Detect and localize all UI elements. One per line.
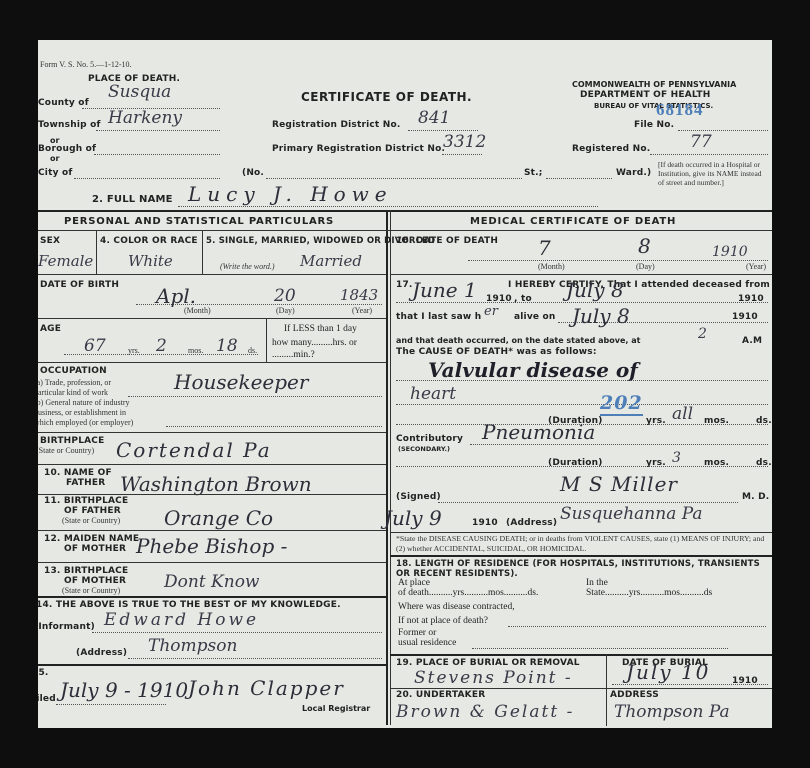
- mother-birthplace-label: 13. BIRTHPLACE: [44, 566, 128, 576]
- occupation-hint: business, or establishment in: [38, 408, 126, 417]
- in-the-label: In the: [586, 578, 608, 588]
- last-saw-label: that I last saw h: [396, 312, 481, 322]
- father-name-label: 10. NAME OF: [44, 468, 112, 478]
- informant-address-label: (Address): [76, 648, 127, 658]
- mother-birthplace-label: OF MOTHER: [64, 576, 126, 586]
- occurred-label: and that death occurred, on the date sta…: [396, 336, 640, 345]
- mother-name-label: OF MOTHER: [64, 544, 126, 554]
- occupation-hint: particular kind of work: [38, 388, 108, 397]
- personal-section-title: PERSONAL AND STATISTICAL PARTICULARS: [64, 216, 334, 227]
- year-caption: (Year): [746, 262, 766, 271]
- undertaker-label: 20. UNDERTAKER: [396, 690, 485, 700]
- attend-from-year: 1910: [486, 294, 512, 304]
- mother-name-label: 12. MAIDEN NAME: [44, 534, 139, 544]
- mother-birthplace-value: Dont Know: [164, 572, 259, 592]
- yrs-caption: yrs.: [128, 346, 140, 355]
- where-contracted-label: Where was disease contracted,: [398, 602, 515, 612]
- occupation-value: Housekeeper: [174, 370, 308, 394]
- occupation-hint: (b) General nature of industry: [38, 398, 130, 407]
- filed-label: Filed: [38, 694, 56, 704]
- footnote: *State the DISEASE CAUSING DEATH; or in …: [396, 534, 770, 554]
- residence-title: 18. LENGTH OF RESIDENCE (FOR HOSPITALS, …: [396, 559, 768, 579]
- occurred-time: 2: [698, 326, 707, 342]
- dod-label: 16. DATE OF DEATH: [396, 236, 498, 246]
- birthplace-label: BIRTHPLACE: [40, 436, 104, 446]
- mos-caption: mos.: [188, 346, 203, 355]
- certify-number: 17.: [396, 280, 413, 290]
- filed-date: July 9 - 1910: [60, 678, 188, 702]
- at-place-label: At place: [398, 578, 430, 588]
- month-caption: (Month): [184, 306, 211, 315]
- full-name-value: Lucy J. Howe: [188, 182, 393, 206]
- signed-label: (Signed): [396, 492, 441, 502]
- registrar-signature: John Clapper: [188, 676, 345, 700]
- cause-label: The CAUSE OF DEATH* was as follows:: [396, 347, 597, 357]
- dod-year: 1910: [712, 244, 748, 260]
- primary-reg-label: Primary Registration District No.: [272, 144, 445, 154]
- certificate-title: CERTIFICATE OF DEATH.: [301, 90, 472, 104]
- attend-to-year: 1910: [738, 294, 764, 304]
- less-than-day-text: If LESS than 1 day: [284, 324, 357, 334]
- registered-no-value: 77: [690, 132, 712, 152]
- hospital-note: [If death occurred in a Hospital or Inst…: [658, 160, 764, 187]
- burial-date-value: July 10: [626, 660, 710, 684]
- cause-primary-line1: Valvular disease of: [428, 358, 638, 382]
- township-label: Township of: [38, 120, 101, 130]
- informant-label: (Informant): [38, 622, 95, 632]
- state-line: State..........yrs..........mos.........…: [586, 588, 712, 598]
- burial-place-value: Stevens Point -: [414, 668, 573, 688]
- borough-label: Borough of: [38, 144, 96, 154]
- contributory-value: Pneumonia: [482, 420, 595, 444]
- less-than-day-text: how many.........hrs. or: [272, 338, 357, 348]
- am-label: A.M: [742, 336, 762, 346]
- race-value: White: [128, 252, 173, 270]
- contributory-duration: 3: [672, 450, 681, 466]
- alive-on-label: alive on: [514, 312, 556, 322]
- contributory-label: Contributory: [396, 434, 463, 444]
- occupation-hint: (a) Trade, profession, or: [38, 378, 111, 387]
- ward-label: Ward.): [616, 168, 651, 178]
- race-label: 4. COLOR OR RACE: [100, 236, 198, 246]
- township-value: Harkeny: [108, 108, 182, 128]
- file-number-stamp: 68184: [656, 100, 704, 120]
- county-label: County of: [38, 98, 89, 108]
- mother-birthplace-hint: (State or Country): [62, 586, 120, 595]
- age-label: AGE: [40, 324, 61, 334]
- mos-caption: mos.: [704, 458, 729, 468]
- ds-caption: ds.: [756, 416, 772, 426]
- former-label: Former or: [398, 628, 436, 638]
- sex-label: SEX: [40, 236, 60, 246]
- form-id: Form V. S. No. 5.—1-12-10.: [40, 60, 132, 69]
- age-days: 18: [216, 336, 238, 356]
- dod-day: 8: [638, 234, 651, 258]
- street-no-label: (No.: [242, 168, 264, 178]
- day-caption: (Day): [276, 306, 295, 315]
- alive-on-year: 1910: [732, 312, 758, 322]
- burial-year: 1910: [732, 676, 758, 686]
- death-certificate: Form V. S. No. 5.—1-12-10. PLACE OF DEAT…: [38, 40, 772, 728]
- dob-month: Apl.: [156, 284, 196, 308]
- primary-reg-value: 3312: [443, 132, 486, 152]
- month-caption: (Month): [538, 262, 565, 271]
- full-name-label: 2. FULL NAME: [92, 194, 173, 205]
- cause-primary-line2: heart: [410, 384, 456, 404]
- ds-caption: ds.: [756, 458, 772, 468]
- informant-address-value: Thompson: [148, 636, 237, 656]
- dob-label: DATE OF BIRTH: [40, 280, 119, 290]
- father-name-label: FATHER: [66, 478, 105, 488]
- dod-month: 7: [538, 236, 551, 260]
- agency-line1: COMMONWEALTH OF PENNSYLVANIA: [572, 80, 736, 89]
- usual-residence-label: usual residence: [398, 638, 456, 648]
- less-than-day-text: .........min.?: [272, 350, 315, 360]
- mos-caption: mos.: [704, 416, 729, 426]
- medical-section-title: MEDICAL CERTIFICATE OF DEATH: [470, 216, 676, 227]
- attend-from: June 1: [412, 278, 477, 302]
- signed-date: July 9: [384, 506, 442, 530]
- father-name-value: Washington Brown: [120, 472, 312, 496]
- attend-to: July 8: [566, 278, 624, 302]
- marital-hint: (Write the word.): [220, 262, 275, 271]
- alive-on-date: July 8: [572, 304, 630, 328]
- age-years: 67: [84, 336, 106, 356]
- physician-address-label: (Address): [506, 518, 557, 528]
- occupation-hint: which employed (or employer): [38, 418, 133, 427]
- duration-label: (Duration): [548, 458, 603, 468]
- dob-day: 20: [274, 286, 296, 306]
- yrs-caption: yrs.: [646, 416, 666, 426]
- certify-text: I HEREBY CERTIFY, That I attended deceas…: [508, 280, 770, 290]
- occupation-label: OCCUPATION: [40, 366, 107, 376]
- registered-no-label: Registered No.: [572, 144, 650, 154]
- reg-district-label: Registration District No.: [272, 120, 401, 130]
- cause-code-stamp: 202: [600, 392, 643, 416]
- dob-year: 1843: [340, 286, 378, 304]
- signed-year: 1910: [472, 518, 498, 528]
- city-label: City of: [38, 168, 73, 178]
- day-caption: (Day): [636, 262, 655, 271]
- mother-name-value: Phebe Bishop -: [136, 534, 287, 558]
- file-no-label: File No.: [634, 120, 674, 130]
- county-value: Susqua: [108, 82, 171, 102]
- filed-number: 15.: [38, 668, 49, 678]
- physician-signature: M S Miller: [560, 472, 678, 496]
- marital-value: Married: [300, 252, 362, 270]
- burial-label: 19. PLACE OF BURIAL OR REMOVAL: [396, 658, 580, 668]
- undertaker-value: Brown & Gelatt -: [396, 702, 574, 722]
- birthplace-value: Cortendal Pa: [116, 438, 272, 462]
- informant-value: Edward Howe: [104, 610, 259, 630]
- sex-value: Female: [38, 252, 93, 270]
- secondary-label: (SECONDARY.): [398, 445, 450, 453]
- ds-caption: ds.: [248, 346, 257, 355]
- undertaker-address-value: Thompson Pa: [614, 702, 730, 722]
- father-birthplace-label: OF FATHER: [64, 506, 121, 516]
- reg-district-value: 841: [418, 108, 450, 128]
- md-label: M. D.: [742, 492, 769, 502]
- street-label: St.;: [524, 168, 543, 178]
- last-saw-pronoun: er: [484, 304, 498, 319]
- yrs-caption: yrs.: [646, 458, 666, 468]
- if-not-label: If not at place of death?: [398, 616, 488, 626]
- father-birthplace-value: Orange Co: [164, 506, 273, 530]
- undertaker-address-label: ADDRESS: [610, 690, 659, 700]
- registrar-label: Local Registrar: [302, 704, 370, 713]
- father-birthplace-label: 11. BIRTHPLACE: [44, 496, 128, 506]
- birthplace-hint: (State or Country): [38, 446, 94, 455]
- physician-address-value: Susquehanna Pa: [560, 504, 703, 524]
- year-caption: (Year): [352, 306, 372, 315]
- duration-value: all: [672, 404, 693, 424]
- or-label: or: [50, 154, 59, 163]
- of-death-line: of death..........yrs..........mos......…: [398, 588, 538, 598]
- truth-statement: 14. THE ABOVE IS TRUE TO THE BEST OF MY …: [38, 600, 341, 610]
- age-months: 2: [156, 336, 167, 356]
- to-label: , to: [514, 294, 532, 304]
- agency-line2: DEPARTMENT OF HEALTH: [580, 90, 710, 100]
- father-birthplace-hint: (State or Country): [62, 516, 120, 525]
